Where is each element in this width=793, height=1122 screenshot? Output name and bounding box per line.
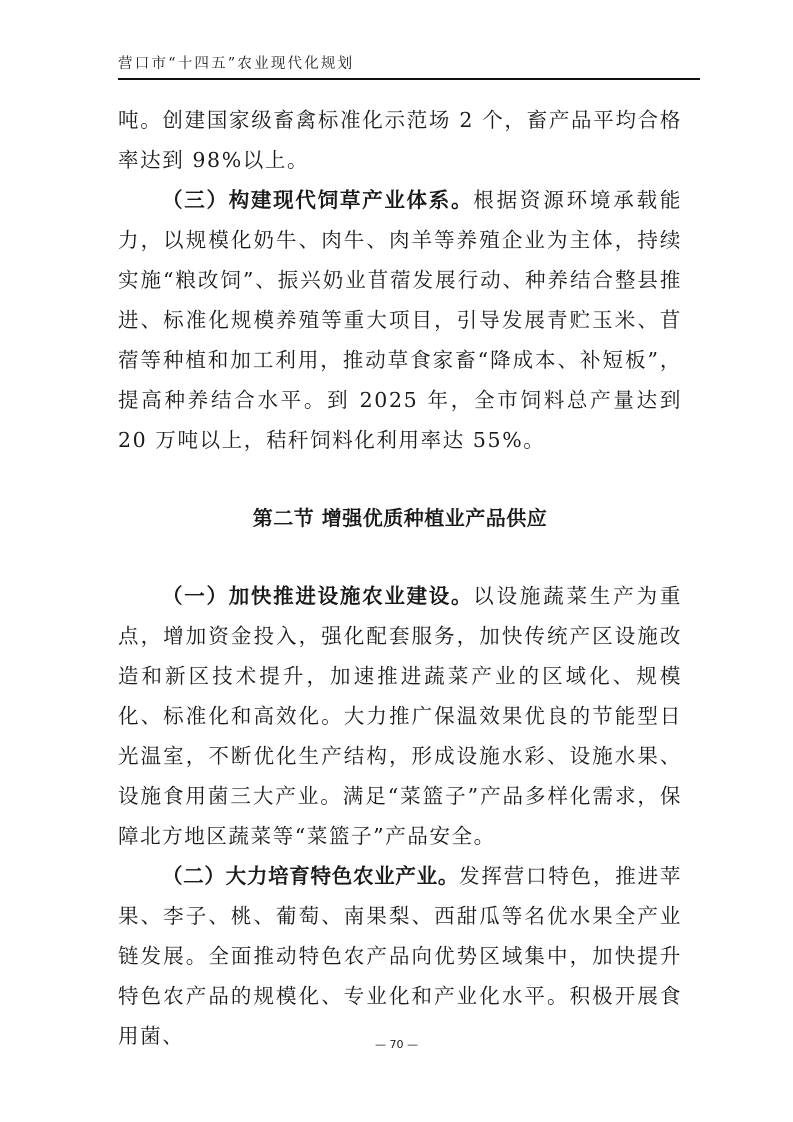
spacer xyxy=(118,460,682,498)
header-divider xyxy=(118,78,700,80)
running-header: 营口市“十四五”农业现代化规划 xyxy=(118,52,700,80)
page-body: 吨。创建国家级畜禽标准化示范场 2 个，畜产品平均合格率达到 98%以上。 （三… xyxy=(118,100,682,1056)
item-2-text: 发挥营口特色，推进苹果、李子、桃、葡萄、南果梨、西甜瓜等名优水果全产业链发展。全… xyxy=(118,864,682,1048)
item-3-text: 根据资源环境承载能力，以规模化奶牛、肉牛、肉羊等养殖企业为主体，持续实施“粮改饲… xyxy=(118,188,682,452)
section-title: 第二节 增强优质种植业产品供应 xyxy=(118,498,682,538)
item-1-text: 以设施蔬菜生产为重点，增加资金投入，强化配套服务，加快传统产区设施改造和新区技术… xyxy=(118,584,682,848)
paragraph-item-3: （三）构建现代饲草产业体系。根据资源环境承载能力，以规模化奶牛、肉牛、肉羊等养殖… xyxy=(118,180,682,460)
item-1-heading: （一）加快推进设施农业建设。 xyxy=(162,584,473,608)
paragraph-item-1: （一）加快推进设施农业建设。以设施蔬菜生产为重点，增加资金投入，强化配套服务，加… xyxy=(118,576,682,856)
item-2-heading: （二）大力培育特色农业产业。 xyxy=(162,864,459,888)
item-3-heading: （三）构建现代饲草产业体系。 xyxy=(162,188,473,212)
paragraph-item-2: （二）大力培育特色农业产业。发挥营口特色，推进苹果、李子、桃、葡萄、南果梨、西甜… xyxy=(118,856,682,1056)
page-number: — 70 — xyxy=(0,1038,793,1051)
spacer xyxy=(118,538,682,576)
paragraph-continuation: 吨。创建国家级畜禽标准化示范场 2 个，畜产品平均合格率达到 98%以上。 xyxy=(118,100,682,180)
document-title: 营口市“十四五”农业现代化规划 xyxy=(118,52,700,78)
